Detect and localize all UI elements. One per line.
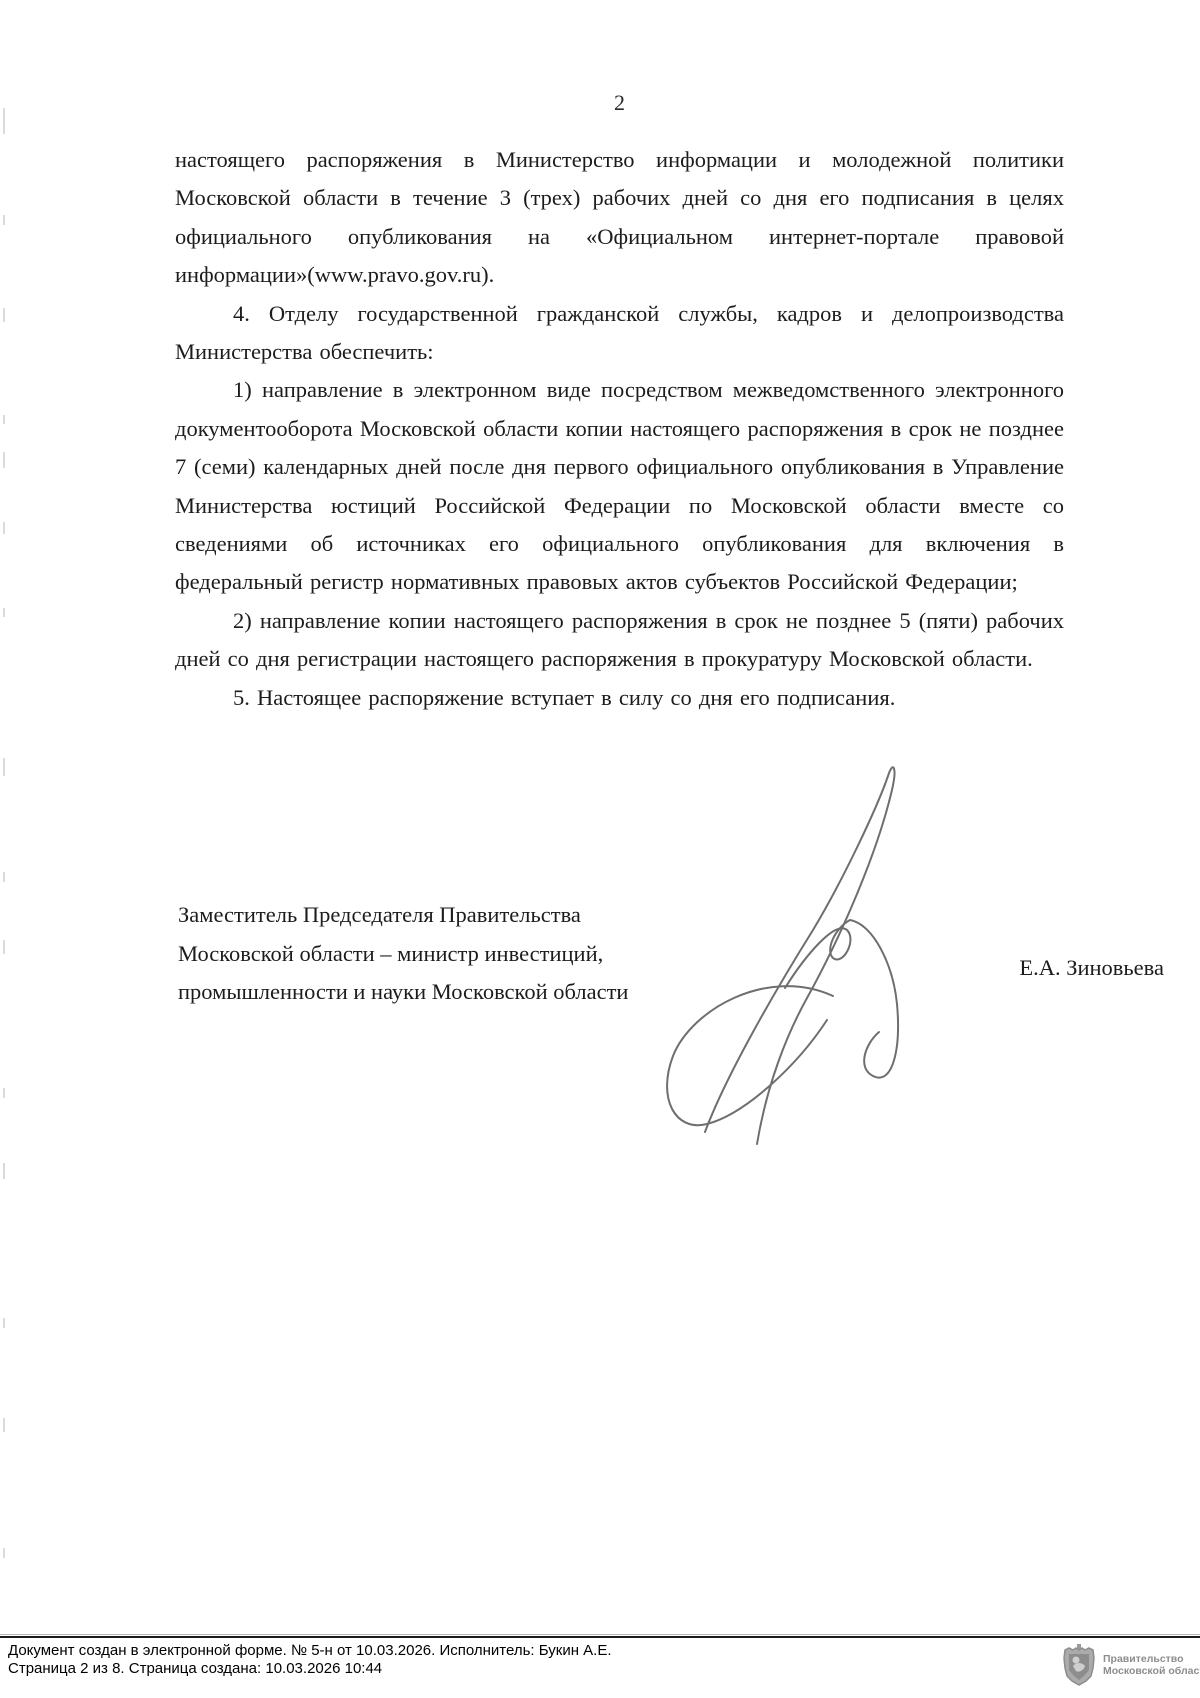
scan-artifact bbox=[3, 308, 5, 322]
footer-divider-shadow bbox=[0, 1634, 1200, 1635]
scan-artifact bbox=[3, 415, 5, 424]
scan-artifact bbox=[3, 452, 5, 468]
scan-artifact bbox=[3, 1088, 5, 1098]
footer-line2: Страница 2 из 8. Страница создана: 10.03… bbox=[8, 1660, 612, 1678]
scan-artifact bbox=[3, 522, 5, 534]
logo-text-line1: Правительство bbox=[1103, 1653, 1200, 1666]
scan-artifact bbox=[3, 608, 5, 617]
scan-artifact bbox=[3, 758, 5, 776]
signer-name: Е.А. Зиновьева bbox=[1019, 955, 1164, 981]
scan-artifact bbox=[3, 872, 5, 882]
footer-divider bbox=[0, 1636, 1200, 1638]
government-logo: Правительство Московской области bbox=[1062, 1644, 1200, 1686]
paragraph-subitem-2: 2) направление копии настоящего распоряж… bbox=[175, 602, 1064, 679]
government-logo-text: Правительство Московской области bbox=[1103, 1653, 1200, 1678]
scan-artifact bbox=[3, 1318, 5, 1328]
document-page: { "page": { "number": "2" }, "body": { "… bbox=[0, 0, 1200, 1698]
footer-line1: Документ создан в электронной форме. № 5… bbox=[8, 1642, 612, 1660]
scan-artifact bbox=[3, 1548, 5, 1558]
document-body: настоящего распоряжения в Министерство и… bbox=[175, 141, 1064, 717]
scan-artifact bbox=[3, 940, 5, 954]
coat-of-arms-icon bbox=[1062, 1644, 1096, 1686]
paragraph-item-4: 4. Отделу государственной гражданской сл… bbox=[175, 295, 1064, 372]
scan-artifact bbox=[3, 1418, 5, 1432]
paragraph-item-5: 5. Настоящее распоряжение вступает в сил… bbox=[175, 679, 1064, 717]
paragraph-subitem-1: 1) направление в электронном виде посред… bbox=[175, 371, 1064, 601]
scan-artifact bbox=[3, 108, 5, 134]
page-number: 2 bbox=[175, 90, 1064, 116]
logo-text-line2: Московской области bbox=[1103, 1665, 1200, 1678]
scan-artifact bbox=[3, 215, 5, 225]
handwritten-signature bbox=[645, 752, 925, 1152]
scan-artifact bbox=[3, 1163, 5, 1179]
footer-info: Документ создан в электронной форме. № 5… bbox=[8, 1642, 612, 1678]
paragraph-continuation: настоящего распоряжения в Министерство и… bbox=[175, 141, 1064, 295]
